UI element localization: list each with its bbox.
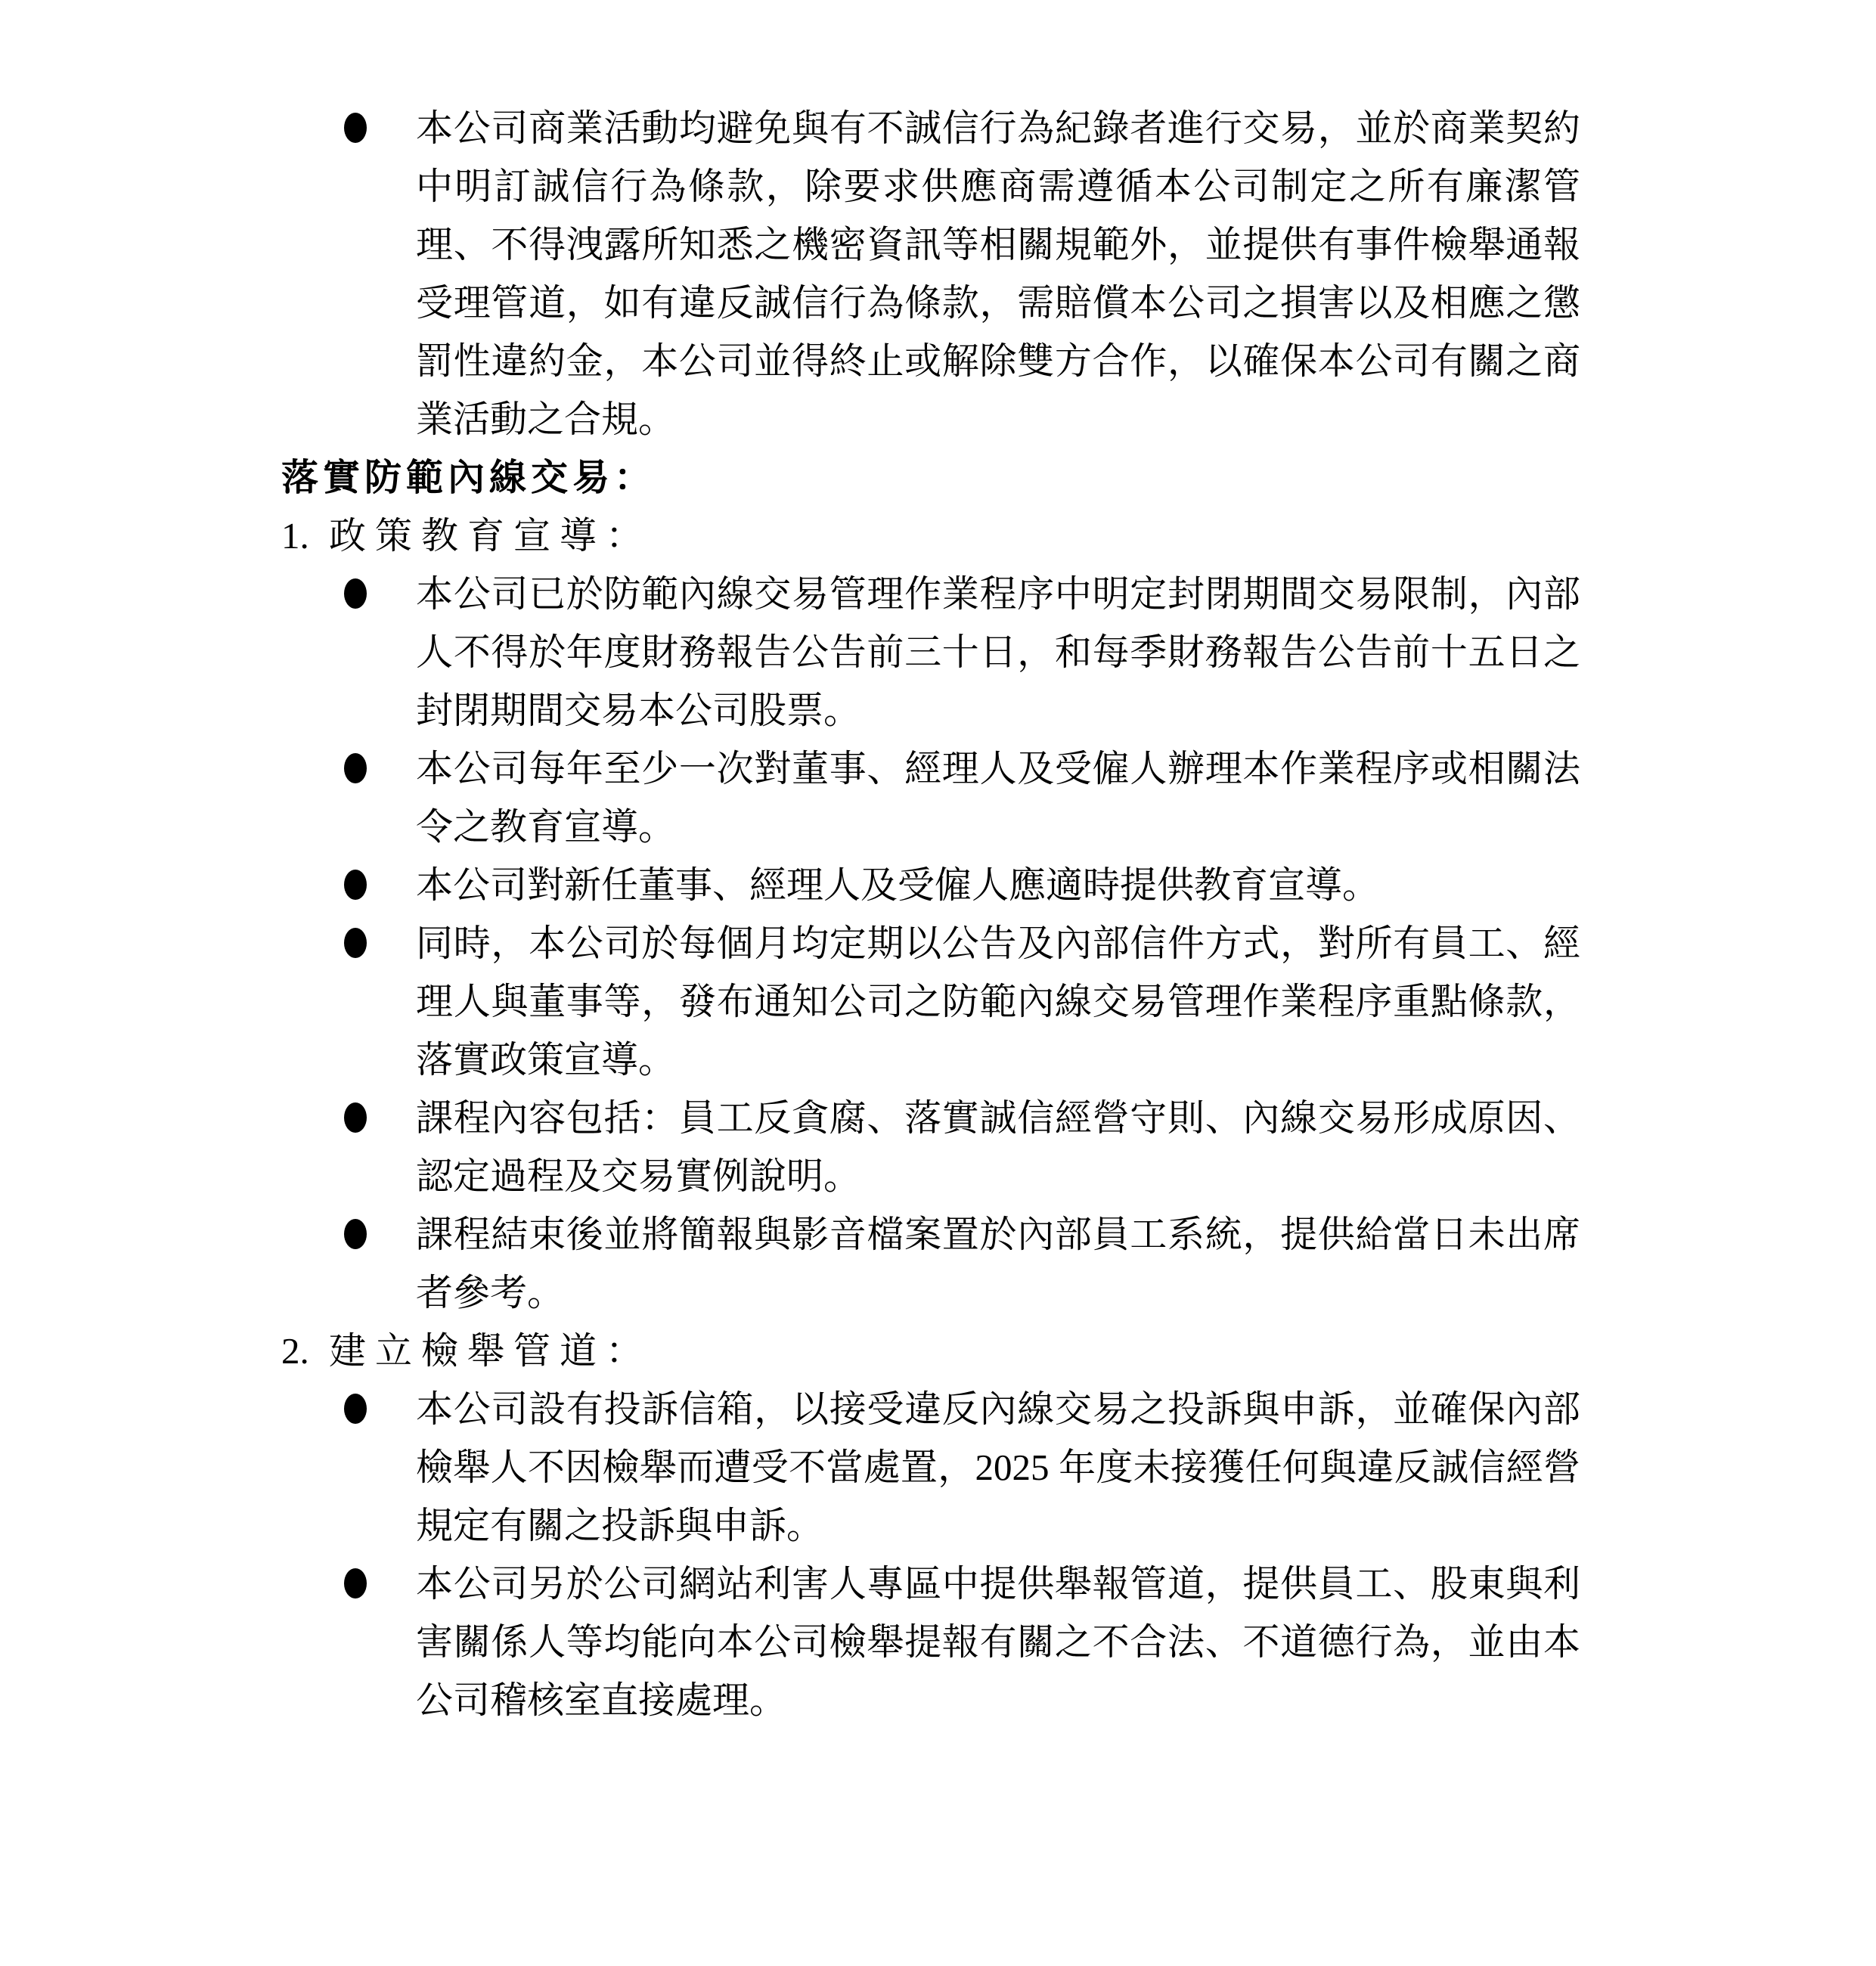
item-title: 政策教育宣導： (329, 507, 652, 565)
document-page: 本公司商業活動均避免與有不誠信行為紀錄者進行交易，並於商業契約中明訂誠信行為條款… (0, 0, 1876, 1966)
bullet-icon (344, 1555, 416, 1599)
numbered-item-2: 2. 建立檢舉管道： (281, 1322, 1876, 1380)
list-item: 本公司對新任董事、經理人及受僱人應適時提供教育宣導。 (344, 856, 1580, 914)
paragraph-text: 本公司已於防範內線交易管理作業程序中明定封閉期間交易限制，內部人不得於年度財務報… (416, 565, 1580, 740)
numbered-item-1: 1. 政策教育宣導： (281, 507, 1876, 565)
list-item: 本公司設有投訴信箱，以接受違反內線交易之投訴與申訴，並確保內部檢舉人不因檢舉而遭… (344, 1380, 1580, 1555)
bullet-icon (344, 1089, 416, 1133)
item-title: 建立檢舉管道： (329, 1322, 652, 1380)
paragraph-text: 本公司對新任董事、經理人及受僱人應適時提供教育宣導。 (416, 856, 1580, 914)
list-item-intro: 本公司商業活動均避免與有不誠信行為紀錄者進行交易，並於商業契約中明訂誠信行為條款… (344, 99, 1580, 448)
paragraph-text: 本公司每年至少一次對董事、經理人及受僱人辦理本作業程序或相關法令之教育宣導。 (416, 740, 1580, 856)
bullet-icon (344, 565, 416, 609)
document-content: 本公司商業活動均避免與有不誠信行為紀錄者進行交易，並於商業契約中明訂誠信行為條款… (0, 99, 1876, 1729)
bullet-icon (344, 99, 416, 143)
bullet-icon (344, 740, 416, 783)
bullet-icon (344, 1380, 416, 1424)
bullet-icon (344, 856, 416, 900)
list-item: 本公司已於防範內線交易管理作業程序中明定封閉期間交易限制，內部人不得於年度財務報… (344, 565, 1580, 740)
list-item: 課程結束後並將簡報與影音檔案置於內部員工系統，提供給當日未出席者參考。 (344, 1205, 1580, 1322)
paragraph-text: 課程內容包括：員工反貪腐、落實誠信經營守則、內線交易形成原因、認定過程及交易實例… (416, 1089, 1580, 1205)
item-number: 1. (281, 507, 329, 565)
paragraph-text: 本公司另於公司網站利害人專區中提供舉報管道，提供員工、股東與利害關係人等均能向本… (416, 1555, 1580, 1729)
list-item: 同時，本公司於每個月均定期以公告及內部信件方式，對所有員工、經理人與董事等，發布… (344, 914, 1580, 1089)
paragraph-text: 本公司商業活動均避免與有不誠信行為紀錄者進行交易，並於商業契約中明訂誠信行為條款… (416, 99, 1580, 448)
list-item: 本公司每年至少一次對董事、經理人及受僱人辦理本作業程序或相關法令之教育宣導。 (344, 740, 1580, 856)
item-number: 2. (281, 1322, 329, 1380)
paragraph-text: 同時，本公司於每個月均定期以公告及內部信件方式，對所有員工、經理人與董事等，發布… (416, 914, 1580, 1089)
list-item: 本公司另於公司網站利害人專區中提供舉報管道，提供員工、股東與利害關係人等均能向本… (344, 1555, 1580, 1729)
paragraph-text: 課程結束後並將簡報與影音檔案置於內部員工系統，提供給當日未出席者參考。 (416, 1205, 1580, 1322)
paragraph-text: 本公司設有投訴信箱，以接受違反內線交易之投訴與申訴，並確保內部檢舉人不因檢舉而遭… (416, 1380, 1580, 1555)
list-item: 課程內容包括：員工反貪腐、落實誠信經營守則、內線交易形成原因、認定過程及交易實例… (344, 1089, 1580, 1205)
bullet-icon (344, 1205, 416, 1249)
section-heading: 落實防範內線交易： (281, 448, 1876, 507)
bullet-icon (344, 914, 416, 958)
